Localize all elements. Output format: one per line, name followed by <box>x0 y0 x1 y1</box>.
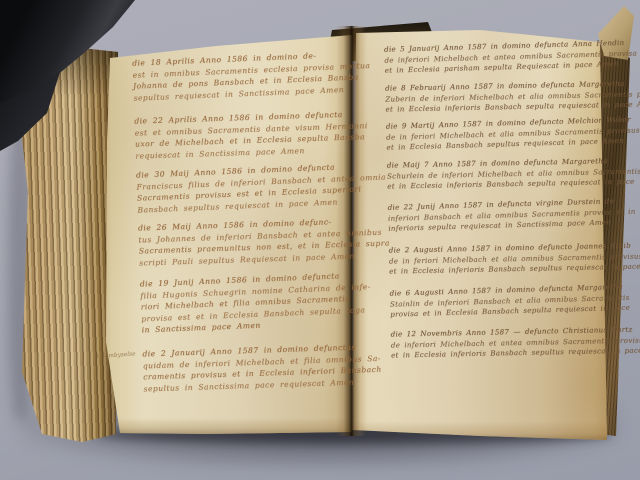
register-entry: die 2 Januarij Anno 1587 in domino defun… <box>142 341 382 395</box>
register-entry: die 30 Maij Anno 1586 in domino defuncta… <box>136 159 387 216</box>
right-page-text-block: die 5 Januarij Anno 1587 in domino defun… <box>383 0 622 480</box>
register-entry: die 6 Augusti Anno 1587 in domino defunc… <box>389 282 630 321</box>
left-page-text-block: die 18 Aprilis Anno 1586 in domino de-es… <box>130 0 379 480</box>
register-entry: die 18 Aprilis Anno 1586 in domino de-es… <box>132 48 372 104</box>
register-entry: die 26 Maij Anno 1586 in domino defunc-t… <box>138 214 390 268</box>
register-entry: die 19 Junij Anno 1586 in domino defunct… <box>140 269 373 336</box>
register-entry: die Maij 7 Anno 1587 in domino defuncta … <box>387 156 640 193</box>
register-entry: die 22 Junij Anno 1587 in defuncta virgi… <box>388 195 640 235</box>
register-entry: die 2 Augusti Anno 1587 in domino defunc… <box>389 241 640 278</box>
photograph-of-manuscript-book: die 18 Aprilis Anno 1586 in domino de-es… <box>0 0 640 480</box>
register-entry: die 5 Januarij Anno 1587 in domino defun… <box>384 37 637 76</box>
register-entry: die 9 Martij Anno 1587 in domino defunct… <box>386 114 640 153</box>
register-entry: die 12 Novembris Anno 1587 — defuncto Ch… <box>391 324 640 361</box>
register-entry: die 8 Februarij Anno 1587 in domino defu… <box>385 78 640 115</box>
register-entry: die 22 Aprilis Anno 1586 in domino defun… <box>134 108 368 162</box>
